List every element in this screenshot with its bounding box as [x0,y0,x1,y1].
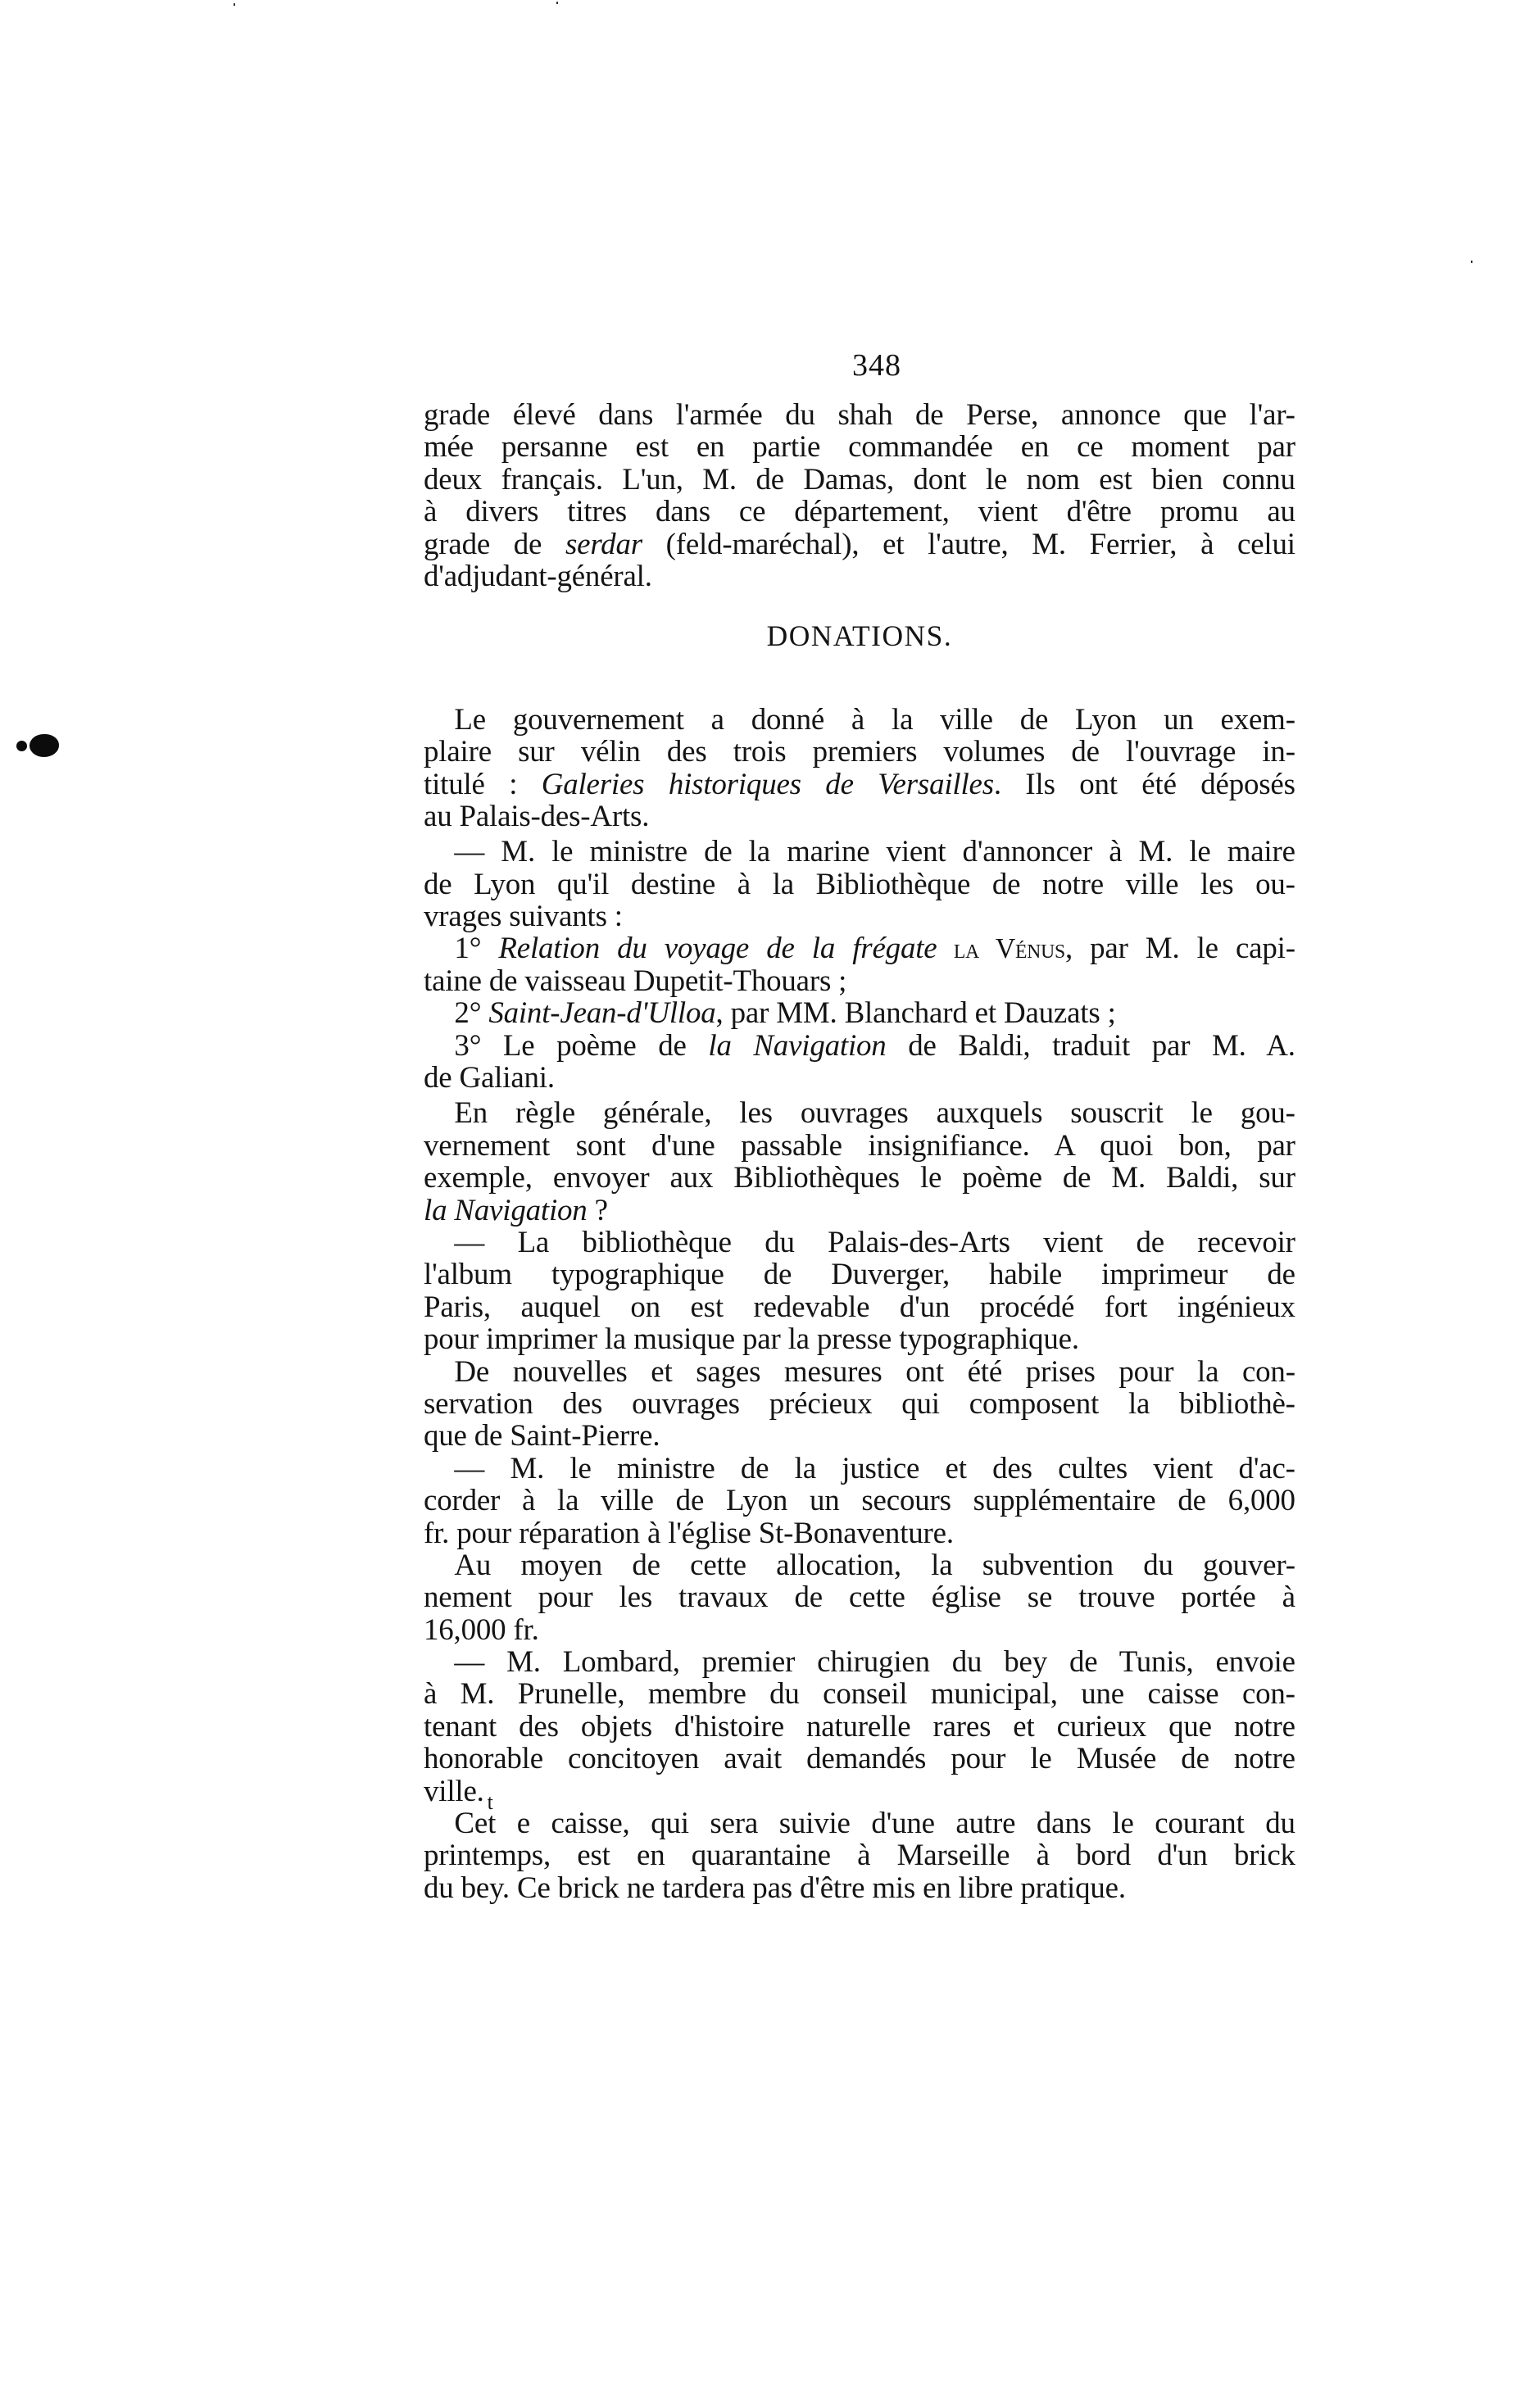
paragraph: Le gouvernement a donné à la ville de Ly… [424,704,1295,833]
list-item: 1° Relation du voyage de la frégate la V… [424,932,1295,997]
text-line: Au moyen de cette allocation, la subvent… [424,1549,1295,1581]
paragraph: De nouvelles et sages mesures ont été pr… [424,1356,1295,1453]
italic-term: serdar [565,528,642,561]
text-line: corder à la ville de Lyon un secours sup… [424,1485,1295,1517]
text-line: fr. pour réparation à l'église St-Bonave… [424,1517,1295,1549]
text-line: vernement sont d'une passable insignifia… [424,1130,1295,1162]
ink-blot-small [16,741,27,751]
item-number: 2° [454,996,488,1030]
text-line: 1° Relation du voyage de la frégate la V… [424,932,1295,964]
list-item: 3° Le poème de la Navigation de Baldi, t… [424,1030,1295,1095]
text-line: titulé : Galeries historiques de Versail… [424,769,1295,800]
paragraph: — M. le ministre de la marine vient d'an… [424,836,1295,932]
text-line: d'adjudant-général. [424,560,1295,592]
text-run: , par MM. Blanchard et Dauzats ; [716,996,1116,1030]
speck [1471,261,1472,263]
page-number: 348 [836,347,918,383]
text-line: grade de serdar (feld-maréchal), et l'au… [424,528,1295,560]
text-line: tenant des objets d'histoire naturelle r… [424,1711,1295,1743]
text-line: de Lyon qu'il destine à la Bibliothèque … [424,868,1295,900]
text-run: titulé : [424,768,542,801]
text-line: nement pour les travaux de cette église … [424,1581,1295,1613]
item-number: 1° [454,932,498,965]
ship-name: la Vénus [937,933,1065,964]
text-run: ville. [424,1775,484,1808]
text-column: grade élevé dans l'armée du shah de Pers… [424,399,1295,1904]
text-line: grade élevé dans l'armée du shah de Pers… [424,399,1295,431]
italic-title: la Navigation [424,1194,588,1227]
text-line: taine de vaisseau Dupetit-Thouars ; [424,965,1295,997]
text-run: grade de [424,528,565,561]
text-line: la Navigation ? [424,1195,1295,1227]
paragraph-intro: grade élevé dans l'armée du shah de Pers… [424,399,1295,592]
italic-title: Saint-Jean-d'Ulloa [488,996,715,1030]
section-heading: DONATIONS. [424,620,1295,652]
text-line: du bey. Ce brick ne tardera pas d'être m… [424,1872,1295,1904]
text-run: , par M. le capi- [1065,932,1295,965]
paragraph: — M. Lombard, premier chirugien du bey d… [424,1646,1295,1807]
text-line: à divers titres dans ce département, vie… [424,496,1295,528]
text-line: 3° Le poème de la Navigation de Baldi, t… [424,1030,1295,1062]
text-line: 16,000 fr. [424,1614,1295,1646]
text-line: Le gouvernement a donné à la ville de Ly… [424,704,1295,736]
text-line: pour imprimer la musique par la presse t… [424,1323,1295,1355]
speck [234,3,235,6]
scanned-book-page: 348 grade élevé dans l'armée du shah de … [0,0,1520,2408]
text-line: au Palais-des-Arts. [424,800,1295,832]
text-line: exemple, envoyer aux Bibliothèques le po… [424,1162,1295,1194]
text-run: ? [588,1194,608,1227]
text-run: . Ils ont été déposés [994,768,1295,801]
text-line: — La bibliothèque du Palais-des-Arts vie… [424,1227,1295,1258]
ink-blot [29,734,59,757]
list-item: 2° Saint-Jean-d'Ulloa, par MM. Blanchard… [424,997,1295,1029]
paragraph: Au moyen de cette allocation, la subvent… [424,1549,1295,1646]
text-line: à M. Prunelle, membre du conseil municip… [424,1678,1295,1710]
text-line: 2° Saint-Jean-d'Ulloa, par MM. Blanchard… [424,997,1295,1029]
text-line: Cet e caisse, qui sera suivie d'une autr… [424,1807,1295,1839]
paragraph: Cet e caisse, qui sera suivie d'une autr… [424,1807,1295,1904]
text-line: En règle générale, les ouvrages auxquels… [424,1097,1295,1129]
text-line: De nouvelles et sages mesures ont été pr… [424,1356,1295,1388]
speck [556,2,558,4]
text-run: (feld-maréchal), et l'autre, M. Ferrier,… [642,528,1295,561]
text-run: de Baldi, traduit par M. A. [887,1029,1295,1063]
paragraph: — M. le ministre de la justice et des cu… [424,1453,1295,1549]
stray-glyph: t [488,1790,493,1814]
text-line: vrages suivants : [424,900,1295,932]
text-line: de Galiani. [424,1062,1295,1094]
text-line: servation des ouvrages précieux qui comp… [424,1388,1295,1420]
text-line: deux français. L'un, M. de Damas, dont l… [424,464,1295,496]
italic-title: Galeries historiques de Versailles [542,768,994,801]
text-line: mée persanne est en partie commandée en … [424,431,1295,463]
text-line: que de Saint-Pierre. [424,1420,1295,1452]
text-line: — M. Lombard, premier chirugien du bey d… [424,1646,1295,1678]
text-run: 3° Le poème de [454,1029,708,1063]
italic-title: Relation du voyage de la frégate [498,932,937,965]
text-line: printemps, est en quarantaine à Marseill… [424,1839,1295,1871]
text-line: honorable concitoyen avait demandés pour… [424,1743,1295,1775]
text-line: plaire sur vélin des trois premiers volu… [424,736,1295,768]
text-line: — M. le ministre de la justice et des cu… [424,1453,1295,1485]
text-line: ville.t [424,1775,1295,1807]
text-line: — M. le ministre de la marine vient d'an… [424,836,1295,868]
text-line: Paris, auquel on est redevable d'un proc… [424,1291,1295,1323]
text-line: l'album typographique de Duverger, habil… [424,1258,1295,1290]
paragraph: — La bibliothèque du Palais-des-Arts vie… [424,1227,1295,1356]
paragraph: En règle générale, les ouvrages auxquels… [424,1097,1295,1227]
italic-title: la Navigation [708,1029,886,1063]
